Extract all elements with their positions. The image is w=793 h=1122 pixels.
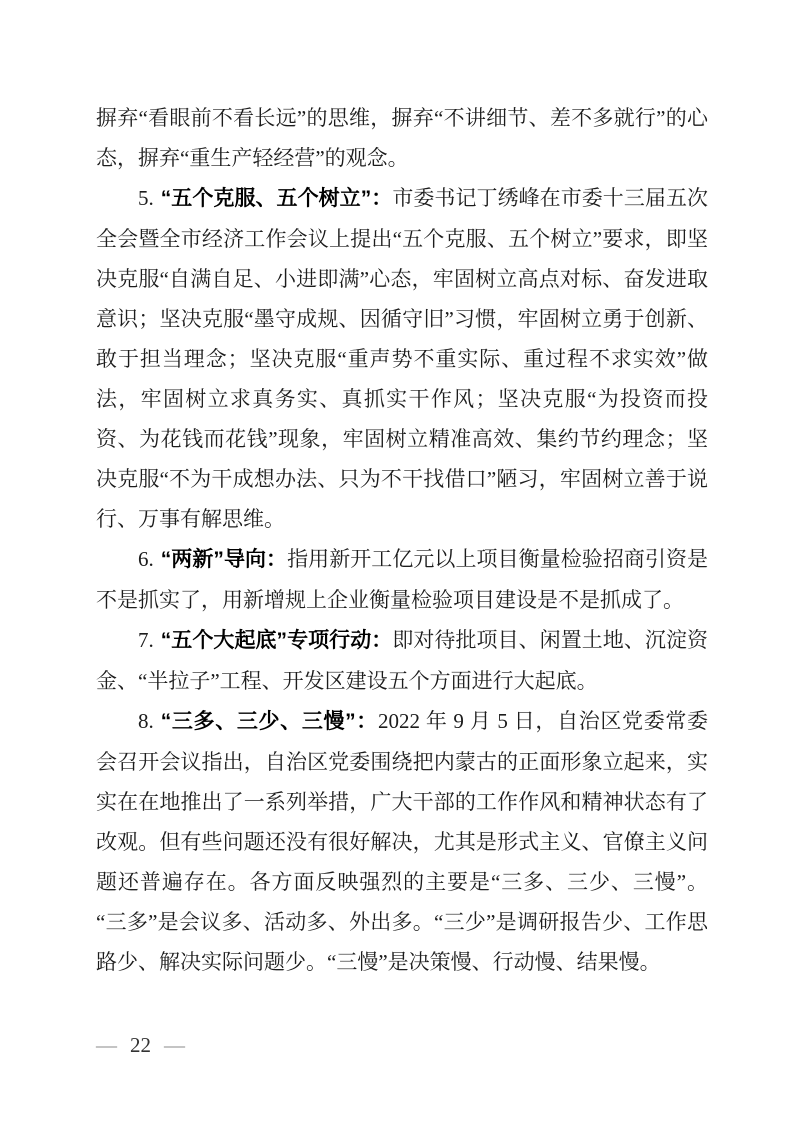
paragraph-continuation: 摒弃“看眼前不看长远”的思维，摒弃“不讲细节、差不多就行”的心态，摒弃“重生产轻… bbox=[96, 98, 708, 178]
item-number: 5. bbox=[138, 186, 154, 210]
item-heading: “五个大起底”专项行动： bbox=[161, 629, 393, 652]
paragraph-text: 市委书记丁绣峰在市委十三届五次全会暨全市经济工作会议上提出“五个克服、五个树立”… bbox=[96, 186, 708, 531]
item-heading: “三多、三少、三慢”： bbox=[161, 710, 378, 733]
paragraph-text: 摒弃“看眼前不看长远”的思维，摒弃“不讲细节、差不多就行”的心态，摒弃“重生产轻… bbox=[96, 106, 708, 170]
page-number: 22 bbox=[130, 1033, 151, 1058]
item-number: 8. bbox=[138, 709, 154, 733]
item-number: 6. bbox=[138, 547, 154, 571]
item-number: 7. bbox=[138, 628, 154, 652]
paragraph-item-5: 5.“五个克服、五个树立”：市委书记丁绣峰在市委十三届五次全会暨全市经济工作会议… bbox=[96, 178, 708, 539]
paragraph-item-7: 7.“五个大起底”专项行动：即对待批项目、闲置土地、沉淀资金、“半拉子”工程、开… bbox=[96, 620, 708, 701]
page-footer: — 22 — bbox=[96, 1033, 185, 1058]
paragraph-item-6: 6.“两新”导向：指用新开工亿元以上项目衡量检验招商引资是不是抓实了，用新增规上… bbox=[96, 539, 708, 620]
item-heading: “两新”导向： bbox=[161, 548, 287, 571]
paragraph-item-8: 8.“三多、三少、三慢”：2022 年 9 月 5 日，自治区党委常委会召开会议… bbox=[96, 701, 708, 982]
page-number-right-dash: — bbox=[164, 1033, 185, 1058]
paragraph-text: 2022 年 9 月 5 日，自治区党委常委会召开会议指出，自治区党委围绕把内蒙… bbox=[96, 709, 708, 974]
document-body: 摒弃“看眼前不看长远”的思维，摒弃“不讲细节、差不多就行”的心态，摒弃“重生产轻… bbox=[96, 98, 708, 982]
page-number-left-dash: — bbox=[96, 1033, 117, 1058]
document-page: 摒弃“看眼前不看长远”的思维，摒弃“不讲细节、差不多就行”的心态，摒弃“重生产轻… bbox=[0, 0, 793, 1122]
item-heading: “五个克服、五个树立”： bbox=[161, 187, 393, 210]
